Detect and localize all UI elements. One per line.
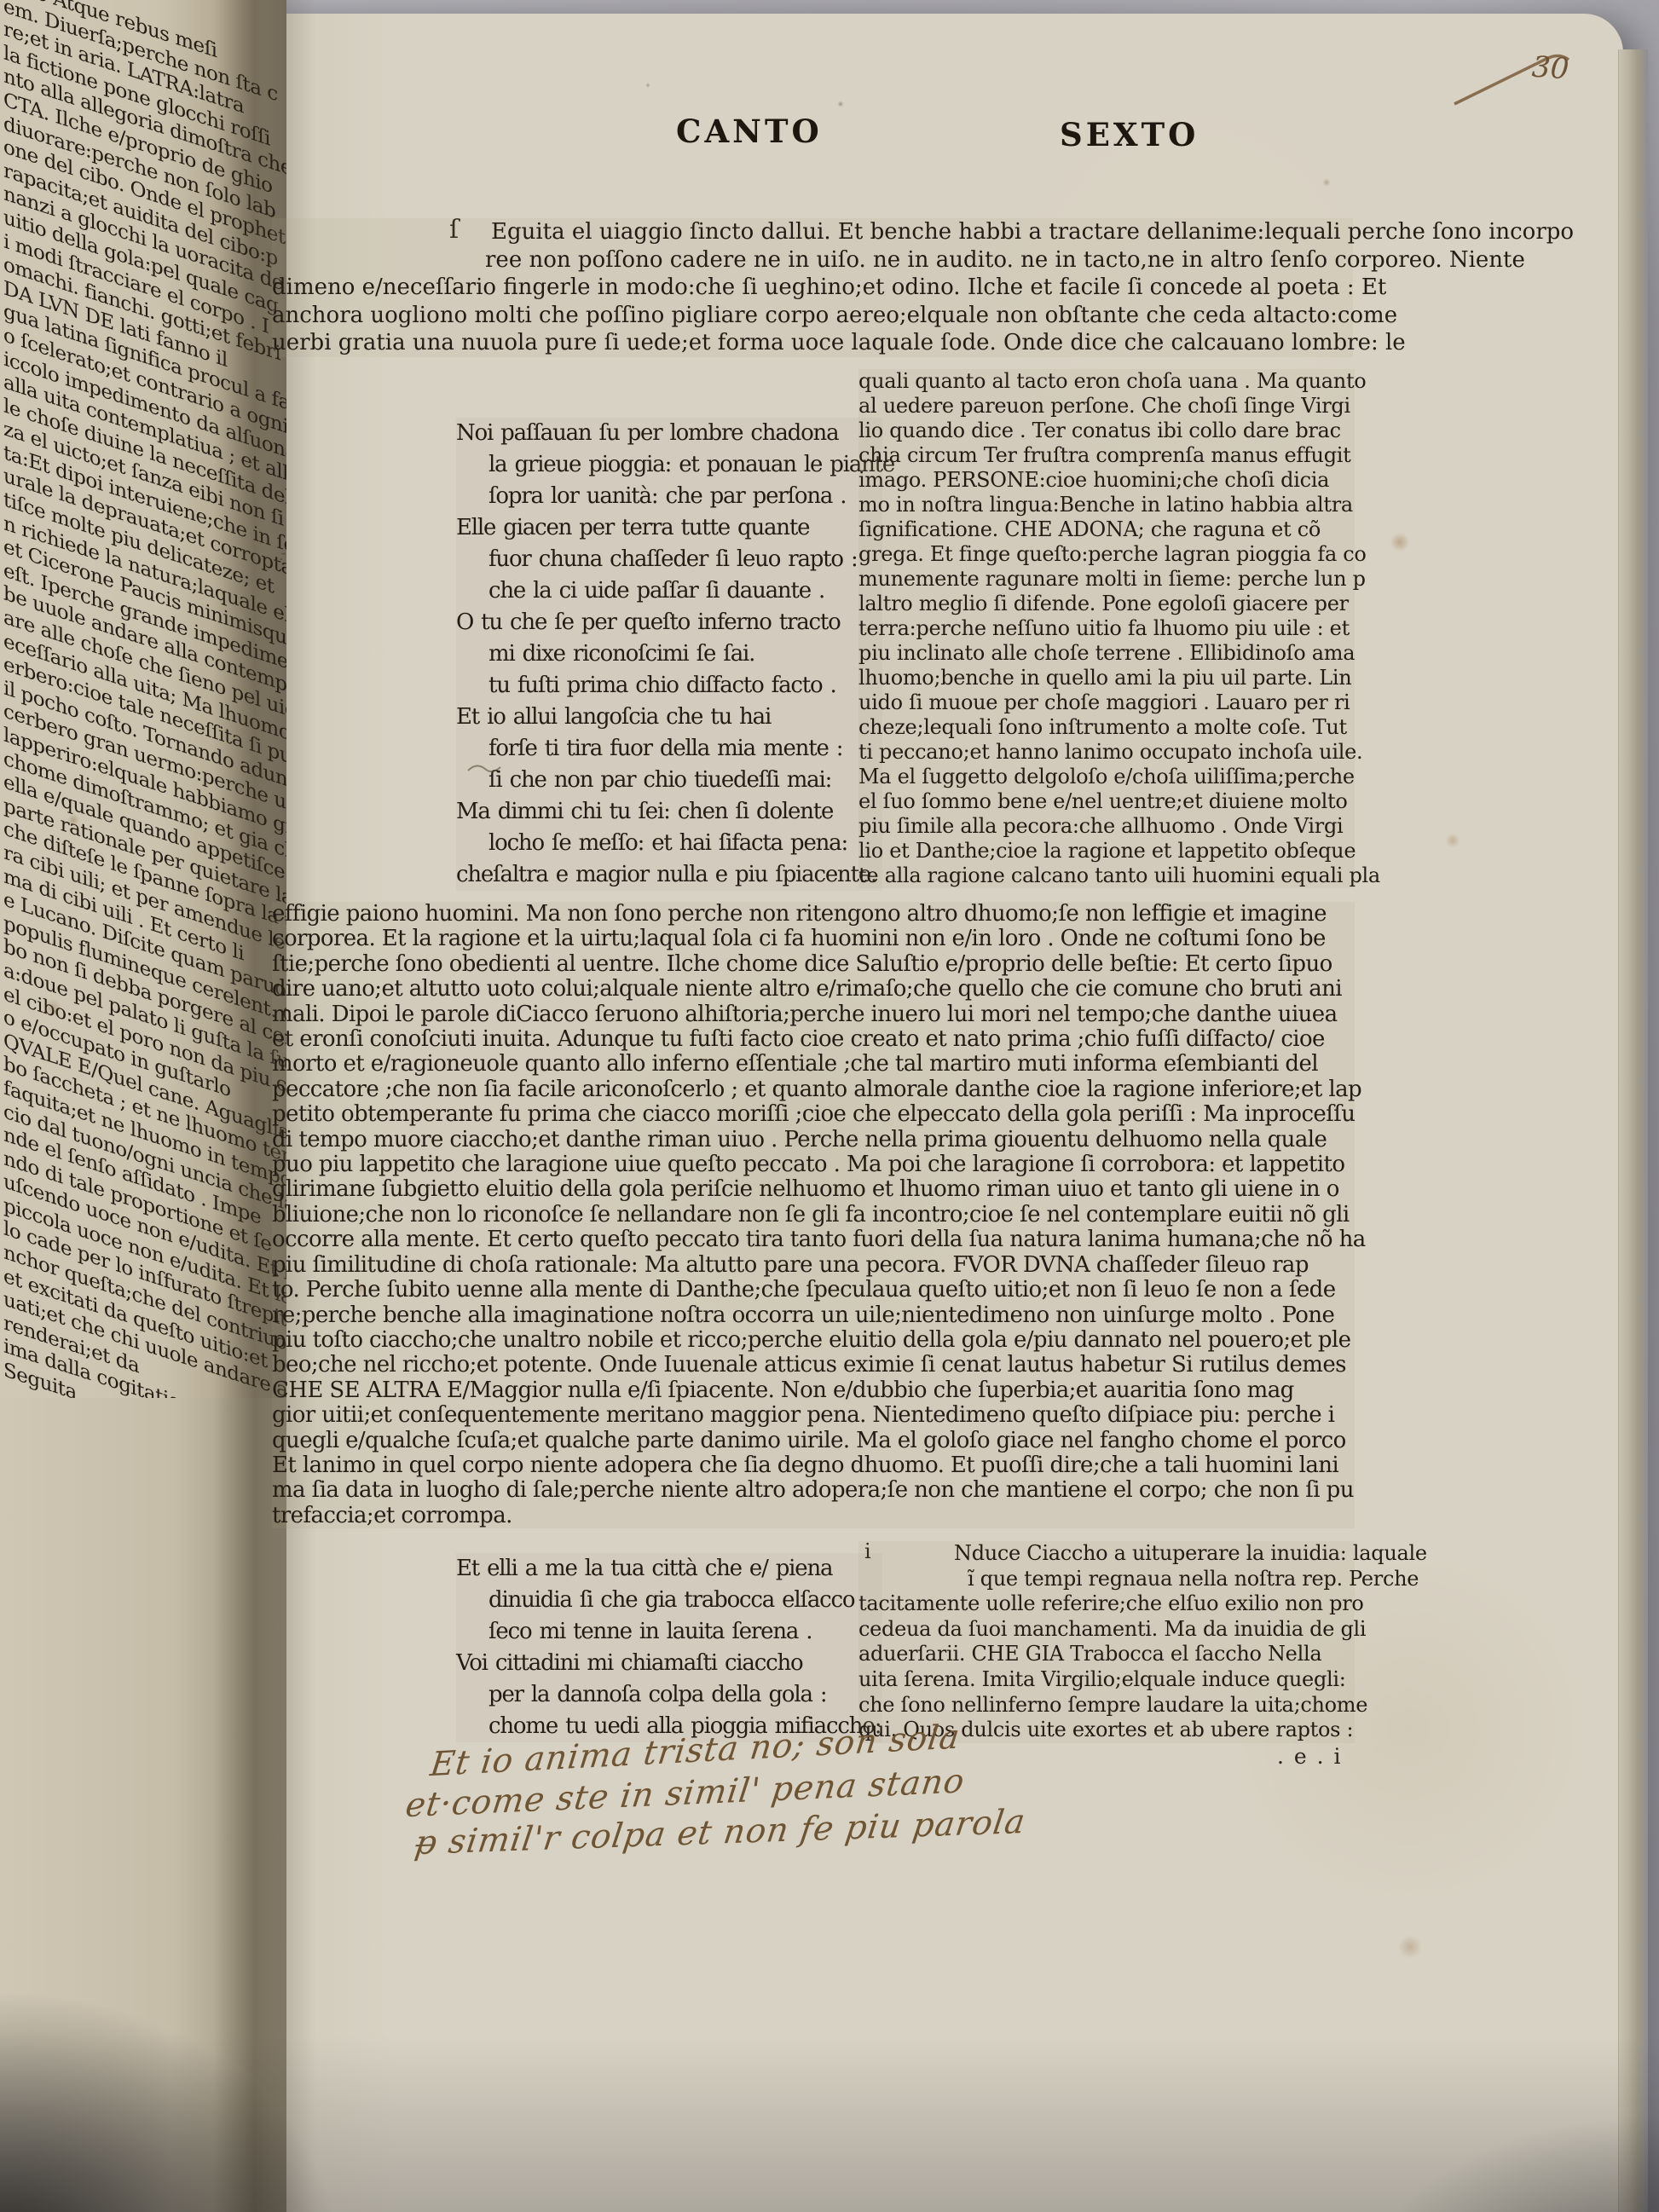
commentary-line: beo;che nel riccho;et potente. Onde Iuue… <box>272 1353 1355 1377</box>
running-header-canto: CANTO <box>676 113 823 150</box>
commentary-column-bottom: Nduce Ciaccho a uituperare la inuidia: l… <box>858 1541 1355 1743</box>
commentary-line: Et lanimo in quel corpo niente adopera c… <box>272 1453 1355 1478</box>
book-fore-edge <box>1618 49 1648 2212</box>
commentary-line: trefaccia;et corrompa. <box>272 1504 1355 1528</box>
commentary-line: quegli e/qualche ſcuſa;et qualche parte … <box>272 1429 1355 1453</box>
facing-page-strip: erno Atque rebus meſiem. Diuerſa;perche … <box>0 0 286 1500</box>
commentary-line: el ſuo ſommo bene e/nel uentre;et diuien… <box>858 789 1355 814</box>
commentary-line: corporea. Et la ragione et la uirtu;laqu… <box>272 927 1355 951</box>
commentary-line: grega. Et finge queſto:perche lagran pio… <box>858 542 1355 567</box>
commentary-line: chia circum Ter fruſtra comprenſa manus … <box>858 443 1355 468</box>
commentary-line: di tempo muore ciaccho;et danthe riman u… <box>272 1128 1355 1152</box>
commentary-line: gior uitii;et conſequentemente meritano … <box>272 1403 1355 1428</box>
commentary-line: CHE SE ALTRA E/Maggior nulla e/ſi ſpiace… <box>272 1378 1355 1403</box>
verse-line: ſopra lor uanità: che par perſona . <box>488 481 882 512</box>
commentary-line: cedeua da ſuoi manchamenti. Ma da inuidi… <box>858 1617 1355 1643</box>
commentary-line: mo in noſtra lingua:Benche in latino hab… <box>858 493 1355 517</box>
commentary-column-top: quali quanto al tacto eron choſa uana . … <box>858 369 1355 888</box>
commentary-line: te alla ragione calcano tanto uili huomi… <box>858 863 1355 888</box>
commentary-line: Nduce Ciaccho a uituperare la inuidia: l… <box>954 1541 1355 1567</box>
verse-line: cheſaltra e magior nulla e piu ſpiacente… <box>456 859 882 891</box>
folio-flourish-icon <box>1449 41 1611 109</box>
commentary-line: piu inclinato alle choſe terrene . Ellib… <box>858 641 1355 666</box>
verse-line: Elle giacen per terra tutte quante <box>456 512 882 544</box>
commentary-line: aduerſarii. CHE GIA Trabocca el ſaccho N… <box>858 1642 1355 1667</box>
commentary-line: ſtie;perche ſono obedienti al uentre. Il… <box>272 952 1355 977</box>
commentary-line: lio et Danthe;cioe la ragione et lappeti… <box>858 839 1355 863</box>
verse-line: che la ci uide paſſar ſi dauante . <box>488 575 882 607</box>
verse-line: Voi cittadini mi chiamaſti ciaccho <box>456 1648 882 1679</box>
facing-page-text: erno Atque rebus meſiem. Diuerſa;perche … <box>3 0 286 1493</box>
commentary-line: petito obtemperante fu prima che ciacco … <box>272 1102 1355 1127</box>
commentary-line: che ſono nellinferno ſempre laudare la u… <box>858 1693 1355 1718</box>
ink-smudge <box>465 759 516 779</box>
verse-line: mi dixe riconoſcimi ſe ſai. <box>488 638 882 670</box>
commentary-line: munemente ragunare molti in ſieme: perch… <box>858 567 1355 592</box>
commentary-line: imago. PERSONE:cioe huomini;che choſi di… <box>858 468 1355 493</box>
commentary-block-full: effigie paiono huomini. Ma non ſono perc… <box>272 902 1355 1528</box>
commentary-line: al uedere pareuon perſone. Che choſi ſin… <box>858 394 1355 419</box>
verse-block-bottom: Et elli a me la tua città che e/ pienadi… <box>456 1553 882 1742</box>
quire-signature-mark: . e . i <box>1277 1744 1343 1769</box>
commentary-line: glirimane ſubgietto eluitio della gola p… <box>272 1177 1355 1202</box>
commentary-line: puo piu lappetito che laragione uiue que… <box>272 1152 1355 1177</box>
commentary-line: laltro meglio ſi difende. Pone egoloſi g… <box>858 592 1355 616</box>
intro-line: ree non poſſono cadere ne in uiſo. ne in… <box>485 246 1353 274</box>
verse-line: locho ſe meſſo: et hai ſifacta pena: <box>488 828 882 859</box>
verse-line: Ma dimmi chi tu ſei: chen ſi dolente <box>456 796 882 828</box>
verse-line: Et io allui langoſcia che tu hai <box>456 702 882 733</box>
commentary-line: piu toſto ciaccho;che unaltro nobile et … <box>272 1328 1355 1353</box>
verse-line: per la dannoſa colpa della gola : <box>488 1679 882 1711</box>
commentary-line: dire uano;et altutto uoto colui;alquale … <box>272 977 1355 1002</box>
commentary-line: uido ſi muoue per choſe maggiori . Lauar… <box>858 690 1355 715</box>
running-header-sexto: SEXTO <box>1060 116 1199 153</box>
commentary-line: quali quanto al tacto eron choſa uana . … <box>858 369 1355 394</box>
verse-line: Noi paſſauan ſu per lombre chadona <box>456 418 882 449</box>
commentary-line: ĩ que tempi regnaua nella noſtra rep. Pe… <box>968 1567 1355 1592</box>
verse-line: fuor chuna chaſſeder ſi leuo rapto : <box>488 544 882 575</box>
commentary-line: terra:perche neſſuno uitio fa lhuomo piu… <box>858 616 1355 641</box>
intro-line: uerbi gratia una nuuola pure ſi uede;et … <box>272 329 1353 357</box>
intro-line: Eguita el uiaggio ſincto dallui. Et benc… <box>491 218 1353 246</box>
commentary-line: to. Perche ſubito uenne alla mente di Da… <box>272 1278 1355 1302</box>
commentary-line: lio quando dice . Ter conatus ibi collo … <box>858 419 1355 443</box>
intro-line: dimeno e/neceſſario fingerle in modo:che… <box>272 274 1353 302</box>
commentary-line: piu ſimile alla pecora:che allhuomo . On… <box>858 814 1355 839</box>
verse-line: ſi che non par chio tiuedeſſi mai: <box>488 765 882 796</box>
commentary-line: occorre alla mente. Et certo queſto pecc… <box>272 1227 1355 1252</box>
commentary-line: mali. Dipoi le parole diCiacco ſeruono a… <box>272 1002 1355 1027</box>
verse-line: ſeco mi tenne in lauita ſerena . <box>488 1616 882 1648</box>
commentary-line: morto et e/ragioneuole quanto allo infer… <box>272 1052 1355 1077</box>
verse-block-top: Noi paſſauan ſu per lombre chadonala gri… <box>456 418 882 891</box>
verse-line: la grieue pioggia: et ponauan le piante <box>488 449 882 481</box>
commentary-line: cheze;lequali ſono inſtrumento a molte c… <box>858 715 1355 740</box>
folio-number: 30 <box>1531 50 1570 87</box>
verse-line: dinuidia ſi che gia trabocca elſacco <box>488 1585 882 1616</box>
intro-paragraph: Eguita el uiaggio ſincto dallui. Et benc… <box>272 218 1353 357</box>
commentary-line: lhuomo;benche in quello ami la piu uil p… <box>858 666 1355 690</box>
commentary-line: et eronſi conoſciuti inuita. Adunque tu … <box>272 1027 1355 1052</box>
commentary-line: tacitamente uolle referire;che elſuo exi… <box>858 1591 1355 1617</box>
verse-line: O tu che ſe per queſto inferno tracto <box>456 607 882 638</box>
commentary-line: uita ſerena. Imita Virgilio;elquale indu… <box>858 1667 1355 1693</box>
intro-line: anchora uogliono molti che poſſino pigli… <box>272 302 1353 330</box>
commentary-line: bliuione;che non lo riconoſce ſe nelland… <box>272 1203 1355 1227</box>
verse-line: tu fuſti prima chio diſfacto facto . <box>488 670 882 702</box>
commentary-line: ma ſia data in luogho di ſale;perche nie… <box>272 1478 1355 1503</box>
commentary-line: ti peccano;et hanno lanimo occupato inch… <box>858 740 1355 765</box>
verse-line: Et elli a me la tua città che e/ piena <box>456 1553 882 1585</box>
commentary-line: ſignificatione. CHE ADONA; che raguna et… <box>858 517 1355 542</box>
facing-page-lower-margin <box>0 1398 286 2212</box>
verse-line: forſe ti tira fuor della mia mente : <box>488 733 882 765</box>
commentary-line: peccatore ;che non ſia facile ariconoſce… <box>272 1077 1355 1102</box>
commentary-line: re;perche benche alla imaginatione noſtr… <box>272 1303 1355 1328</box>
commentary-line: Ma el ſuggetto delgoloſo e/choſa uiliſſi… <box>858 765 1355 789</box>
commentary-line: piu ſimilitudine di choſa rationale: Ma … <box>272 1253 1355 1278</box>
commentary-line: effigie paiono huomini. Ma non ſono perc… <box>272 902 1355 927</box>
